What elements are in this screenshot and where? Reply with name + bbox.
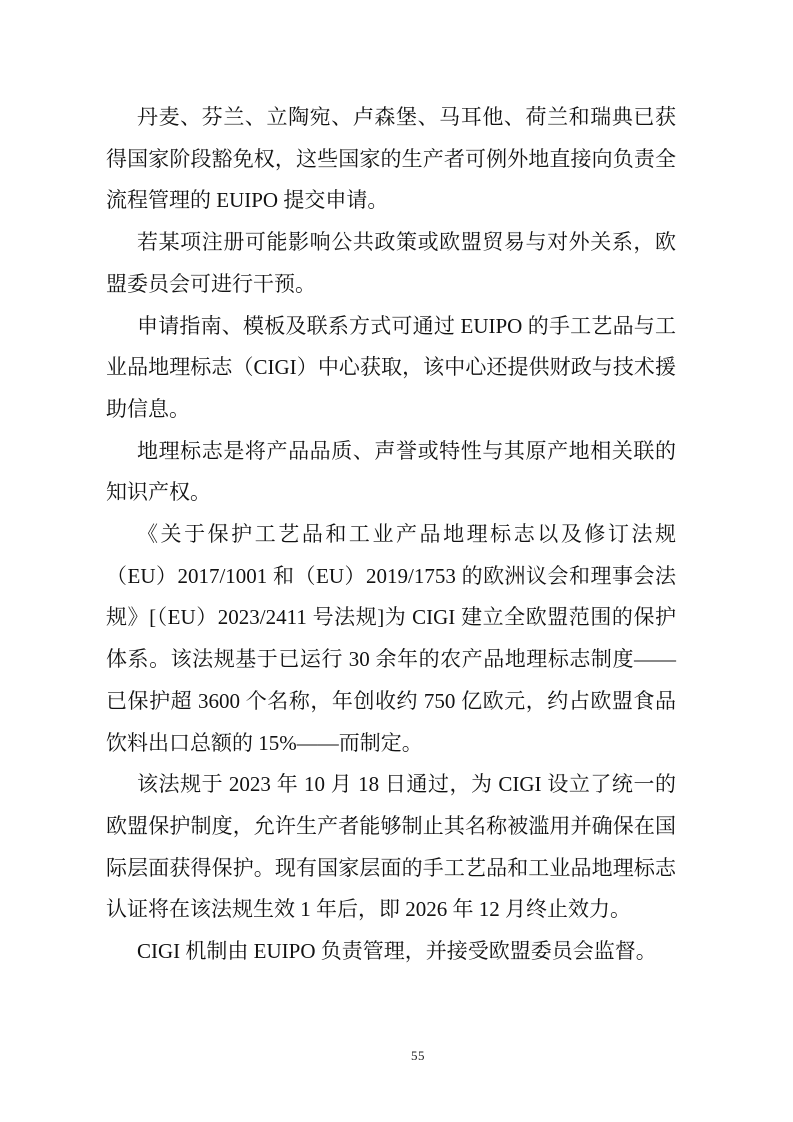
body-paragraph-4: 地理标志是将产品品质、声誉或特性与其原产地相关联的知识产权。 bbox=[106, 431, 676, 514]
body-paragraph-1: 丹麦、芬兰、立陶宛、卢森堡、马耳他、荷兰和瑞典已获得国家阶段豁免权，这些国家的生… bbox=[106, 97, 676, 222]
document-page: 丹麦、芬兰、立陶宛、卢森堡、马耳他、荷兰和瑞典已获得国家阶段豁免权，这些国家的生… bbox=[0, 0, 793, 1122]
body-paragraph-3: 申请指南、模板及联系方式可通过 EUIPO 的手工艺品与工业品地理标志（CIGI… bbox=[106, 306, 676, 431]
body-paragraph-6: 该法规于 2023 年 10 月 18 日通过，为 CIGI 设立了统一的欧盟保… bbox=[106, 764, 676, 931]
body-paragraph-7: CIGI 机制由 EUIPO 负责管理，并接受欧盟委员会监督。 bbox=[106, 931, 676, 973]
page-footer: 55 bbox=[43, 1047, 793, 1065]
document-body: 丹麦、芬兰、立陶宛、卢森堡、马耳他、荷兰和瑞典已获得国家阶段豁免权，这些国家的生… bbox=[106, 97, 676, 973]
body-paragraph-5: 《关于保护工艺品和工业产品地理标志以及修订法规（EU）2017/1001 和（E… bbox=[106, 514, 676, 764]
page-number: 55 bbox=[411, 1048, 425, 1063]
body-paragraph-2: 若某项注册可能影响公共政策或欧盟贸易与对外关系，欧盟委员会可进行干预。 bbox=[106, 222, 676, 305]
